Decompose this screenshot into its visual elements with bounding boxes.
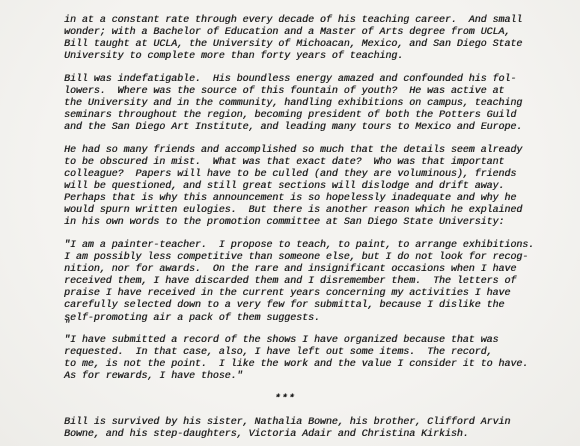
- paragraph-quote-record-of-shows: "I have submitted a record of the shows …: [64, 335, 546, 383]
- paragraph-friends-details: He had so many friends and accomplished …: [64, 145, 546, 230]
- paragraph-indefatigable: Bill was indefatigable. His boundless en…: [64, 74, 546, 134]
- paragraph-teaching-career: in at a constant rate through every deca…: [64, 15, 546, 63]
- asterisk-separator: ***: [44, 394, 526, 406]
- stray-typewriter-mark: ": [64, 320, 70, 332]
- document-page: in at a constant rate through every deca…: [0, 0, 580, 446]
- paragraph-survived-by: Bill is survived by his sister, Nathalia…: [64, 417, 546, 441]
- paragraph-quote-painter-teacher: "I am a painter-teacher. I propose to te…: [64, 240, 546, 325]
